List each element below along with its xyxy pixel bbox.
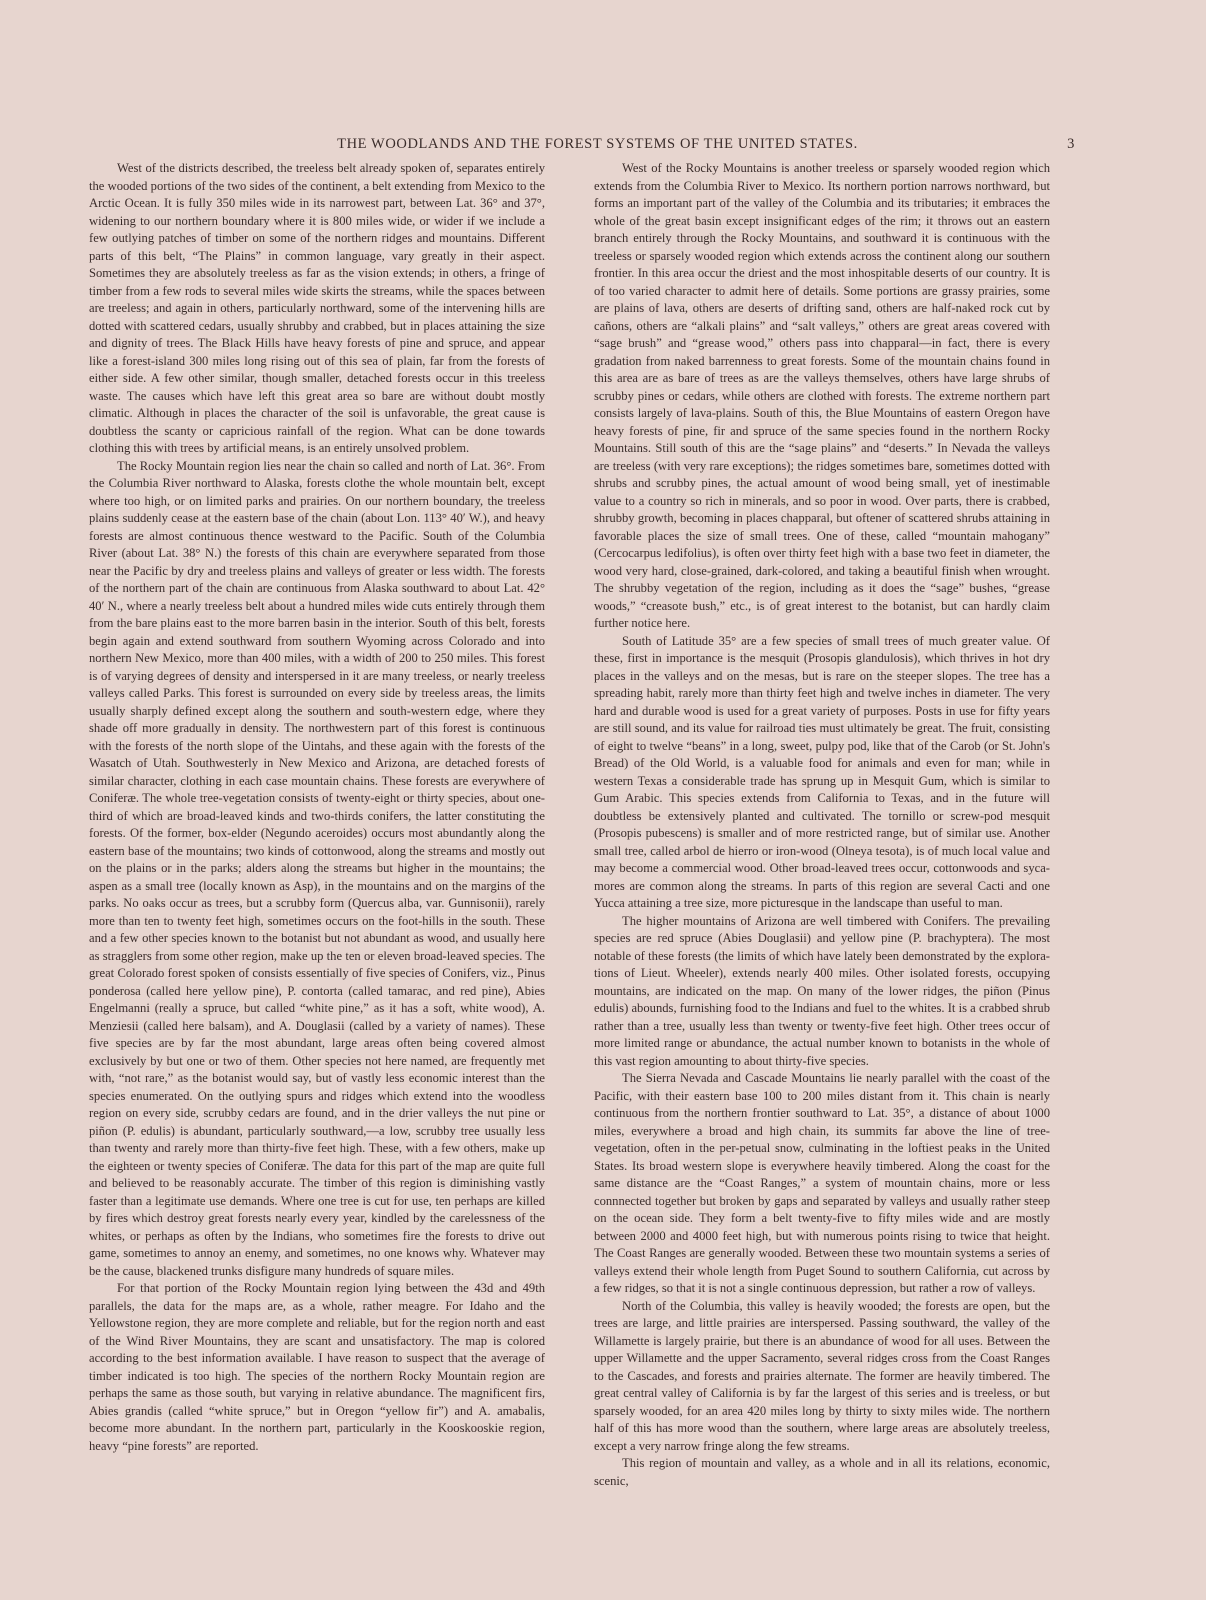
paragraph: This region of mountain and valley, as a…: [594, 1455, 1050, 1490]
paragraph: West of the districts described, the tre…: [89, 160, 545, 458]
page-number: 3: [1067, 136, 1075, 153]
paragraph: For that portion of the Rocky Mountain r…: [89, 1280, 545, 1455]
paragraph: North of the Columbia, this valley is he…: [594, 1298, 1050, 1456]
paragraph: The Sierra Nevada and Cascade Mountains …: [594, 1070, 1050, 1298]
left-column: West of the districts described, the tre…: [89, 160, 545, 1455]
header-title: THE WOODLANDS AND THE FOREST SYSTEMS OF …: [337, 136, 858, 152]
right-column: West of the Rocky Mountains is another t…: [594, 160, 1050, 1490]
paragraph: The Rocky Mountain region lies near the …: [89, 458, 545, 1281]
paragraph: West of the Rocky Mountains is another t…: [594, 160, 1050, 633]
paragraph: The higher mountains of Arizona are well…: [594, 913, 1050, 1071]
running-header: THE WOODLANDS AND THE FOREST SYSTEMS OF …: [120, 136, 1075, 153]
paragraph: South of Latitude 35° are a few species …: [594, 633, 1050, 913]
